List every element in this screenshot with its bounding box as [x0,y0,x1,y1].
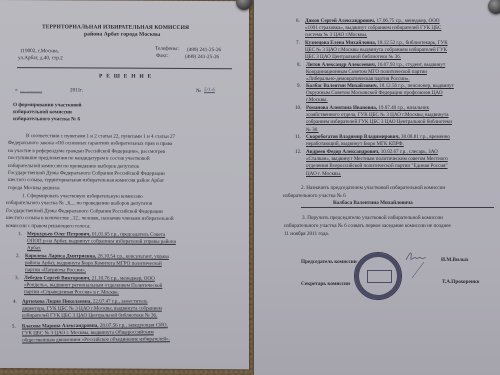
member-item: 5. Власова Марина Александровна, 28.07.5… [12,322,229,346]
member-name: Колбас Валентин Михайлович, [306,83,378,89]
member-item: 3. Лебедев Сергей Викторович, 21.10.76 г… [15,275,230,298]
phone-label: Телефоны: [155,47,179,52]
member-name: Скоробогатов Владимир Владимирович, [306,134,400,140]
preamble-paragraph: В соответствии с пунктами 1 и 2 статьи 2… [8,133,230,193]
member-name: Королева Лариса Дмитриевна, [25,253,96,259]
member-item: 11. Скоробогатов Владимир Владимирович, … [295,134,497,149]
secretary-label: Секретарь комиссии [301,282,350,287]
address-line-1: 119002, г.Москва, [20,49,59,54]
decision-heading: Р Е Ш Е Н И Е [99,75,152,81]
point-2-line-2: избирательного участка № 6 [283,194,346,199]
member-item: 4. Артюхова Лидия Николаевна, 22.07.47 г… [13,298,230,320]
member-name: Литов Александр Алексеевич, [306,62,376,68]
member-name: Романова Алевтина Ивановна, [306,105,377,111]
member-name: Лебедев Сергей Викторович, [24,275,90,281]
signature-mark [404,248,440,284]
subject-line-3: избирательного участка № 6 [13,117,80,123]
member-item: 8. Литов Александр Алексеевич, 16.07.93 … [297,62,497,84]
number-label: № [196,89,201,94]
point-3-line-2: избирательного участка № 6 созвать перво… [284,224,451,229]
point-3-line-1: 3. Поручить председателю участковой изби… [302,216,443,221]
member-item: 10. Романова Алевтина Ивановна, 19.07.40… [295,105,497,134]
member-name: Андреев Федор Александрович, [306,149,379,155]
member-item: 7. Кузнецова Елена Михайловна, 18.12.52 … [296,40,496,62]
date-open-quote: « [15,88,18,93]
address-line-2: ул.Арбат, д.40, стр.2 [18,56,63,61]
point-3-line-3: 11 ноября 2011 года. [284,232,329,237]
member-name: Кузнецова Елена Михайловна, [305,40,376,46]
chairman-name: Колбаса Валентина Михайловича [333,201,413,206]
member-name: Артюхова Лидия Николаевна, [22,299,92,305]
member-item: 6. Дяков Сергей Александрович, 17.06.75 … [296,18,496,40]
decision-number: 5/1-6 [204,88,215,93]
secretary-signatory-name: Т.А.Прохоренко [442,280,479,285]
member-item: 1. Меркурьев Олег Петрович, 01.01.65 г.р… [18,231,233,254]
chair-label: Председатель комиссии [301,260,357,265]
phone-value: (499) 241-25-26 [187,48,221,53]
date-year: 2011г. [70,88,83,93]
point-1-paragraph: 1. Сформировать участковую избирательную… [6,193,230,231]
right-page: 6. Дяков Сергей Александрович, 17.06.75 … [254,0,500,375]
member-name: Власова Марина Александровна, [22,323,99,330]
subject-line-1: О формировании участковой [13,103,82,109]
date-handwritten: __ ______ [20,88,42,93]
chairman-underline [301,207,494,208]
fax-label: Факс: [156,54,169,59]
member-item: 9. Колбас Валентин Михайлович, 18.12.56 … [297,83,497,105]
member-name: Меркурьев Олег Петрович, [27,231,91,237]
member-item: 12. Андреев Федор Александрович, 10.02.6… [295,149,497,178]
chair-signatory-name: И.М.Вилых [441,258,469,263]
member-item: 2. Королева Лариса Дмитриевна, 28.10.54 … [16,253,231,276]
stamp-center-box [367,270,392,282]
official-stamp [354,252,402,300]
org-subtitle: района Арбат города Москвы [84,32,160,38]
left-page: ТЕРРИТОРИАЛЬНАЯ ИЗБИРАТЕЛЬНАЯ КОМИССИЯ р… [0,0,249,369]
subject-line-2: избирательной комиссии [13,110,72,116]
pushpin-icon [488,0,500,14]
member-name: Дяков Сергей Александрович, [305,18,375,24]
fax-value: (499) 241-25-26 [185,55,219,60]
point-2-line-1: 2. Назначить председателем участковой из… [301,186,445,191]
header-divider [17,67,232,69]
